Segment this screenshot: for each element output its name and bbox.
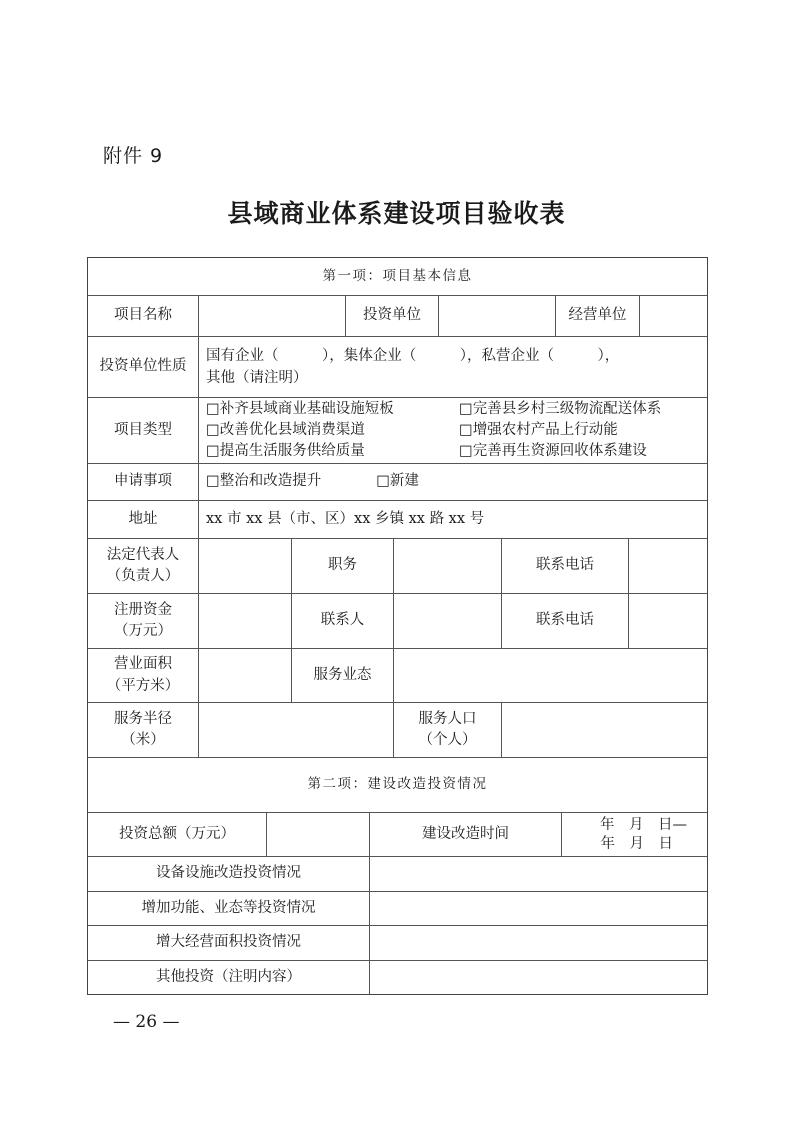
address-field[interactable]: xx 市 xx 县（市、区）xx 乡镇 xx 路 xx 号 [198, 500, 708, 539]
equipment-investment-field[interactable] [369, 856, 708, 892]
section1-header: 第一项：项目基本信息 [87, 257, 708, 296]
checkbox-life-services[interactable]: □提高生活服务供给质量 [206, 441, 459, 462]
other-investment-label: 其他投资（注明内容） [87, 960, 370, 995]
total-investment-label: 投资总额（万元） [87, 812, 267, 857]
service-format-label: 服务业态 [291, 648, 394, 703]
investor-nature-other: 其他（请注明） [206, 367, 308, 389]
project-type-label: 项目类型 [87, 397, 199, 464]
radius-label-line2: （米） [121, 730, 165, 751]
radius-label: 服务半径 （米） [87, 702, 199, 758]
period-field[interactable]: 年 月 日— 年 月 日 [561, 812, 708, 857]
investor-nature-label: 投资单位性质 [87, 336, 199, 398]
reg-capital-label: 注册资金 （万元） [87, 593, 199, 649]
project-name-field[interactable] [198, 295, 346, 337]
project-type-options: □补齐县域商业基础设施短板 □完善县乡村三级物流配送体系 □改善优化县域消费渠道… [198, 397, 708, 464]
investor-field[interactable] [438, 295, 556, 337]
contact-phone-label: 联系电话 [501, 593, 629, 649]
investor-label: 投资单位 [345, 295, 439, 337]
function-investment-label: 增加功能、业态等投资情况 [87, 891, 370, 926]
checkbox-new-build[interactable]: □新建 [376, 471, 419, 492]
investor-nature-field[interactable]: 国有企业（ ），集体企业（ ），私营企业（ ）， 其他（请注明） [198, 336, 708, 398]
document-title: 县域商业体系建设项目验收表 [0, 194, 793, 230]
investor-nature-options: 国有企业（ ），集体企业（ ），私营企业（ ）， [206, 345, 619, 367]
operator-field[interactable] [639, 295, 708, 337]
period-end: 年 月 日 [601, 835, 674, 854]
application-options: □整治和改造提升 □新建 [198, 463, 708, 501]
contact-label: 联系人 [291, 593, 394, 649]
equipment-investment-label: 设备设施改造投资情况 [87, 856, 370, 892]
area-investment-label: 增大经营面积投资情况 [87, 925, 370, 961]
section2-header: 第二项：建设改造投资情况 [87, 757, 708, 813]
population-label-line1: 服务人口 [419, 709, 477, 730]
position-field[interactable] [393, 538, 502, 594]
checkbox-infrastructure[interactable]: □补齐县域商业基础设施短板 [206, 399, 459, 420]
function-investment-field[interactable] [369, 891, 708, 926]
reg-capital-field[interactable] [198, 593, 292, 649]
population-field[interactable] [501, 702, 708, 758]
service-format-field[interactable] [393, 648, 708, 703]
contact-field[interactable] [393, 593, 502, 649]
area-investment-field[interactable] [369, 925, 708, 961]
attachment-label: 附件 9 [103, 141, 163, 168]
radius-field[interactable] [198, 702, 394, 758]
phone-field[interactable] [628, 538, 708, 594]
reg-capital-label-line2: （万元） [114, 621, 172, 642]
total-investment-field[interactable] [266, 812, 370, 857]
phone-label: 联系电话 [501, 538, 629, 594]
legal-rep-label: 法定代表人 （负责人） [87, 538, 199, 594]
page-number: — 26 — [113, 1012, 179, 1032]
legal-rep-label-line1: 法定代表人 [107, 545, 180, 566]
legal-rep-label-line2: （负责人） [107, 566, 180, 587]
population-label: 服务人口 （个人） [393, 702, 502, 758]
operator-label: 经营单位 [555, 295, 640, 337]
checkbox-consumption-channel[interactable]: □改善优化县域消费渠道 [206, 420, 459, 441]
area-label-line1: 营业面积 [114, 654, 172, 675]
checkbox-logistics[interactable]: □完善县乡村三级物流配送体系 [459, 399, 661, 420]
area-field[interactable] [198, 648, 292, 703]
reg-capital-label-line1: 注册资金 [114, 600, 172, 621]
project-name-label: 项目名称 [87, 295, 199, 337]
radius-label-line1: 服务半径 [114, 709, 172, 730]
checkbox-renovation[interactable]: □整治和改造提升 [206, 471, 321, 492]
period-start: 年 月 日— [600, 816, 687, 835]
area-label-line2: （平方米） [107, 676, 180, 697]
period-label: 建设改造时间 [369, 812, 562, 857]
address-label: 地址 [87, 500, 199, 539]
application-label: 申请事项 [87, 463, 199, 501]
other-investment-field[interactable] [369, 960, 708, 995]
checkbox-recycling[interactable]: □完善再生资源回收体系建设 [459, 441, 661, 462]
position-label: 职务 [291, 538, 394, 594]
contact-phone-field[interactable] [628, 593, 708, 649]
checkbox-rural-products[interactable]: □增强农村产品上行动能 [459, 420, 661, 441]
legal-rep-field[interactable] [198, 538, 292, 594]
area-label: 营业面积 （平方米） [87, 648, 199, 703]
population-label-line2: （个人） [419, 730, 477, 751]
